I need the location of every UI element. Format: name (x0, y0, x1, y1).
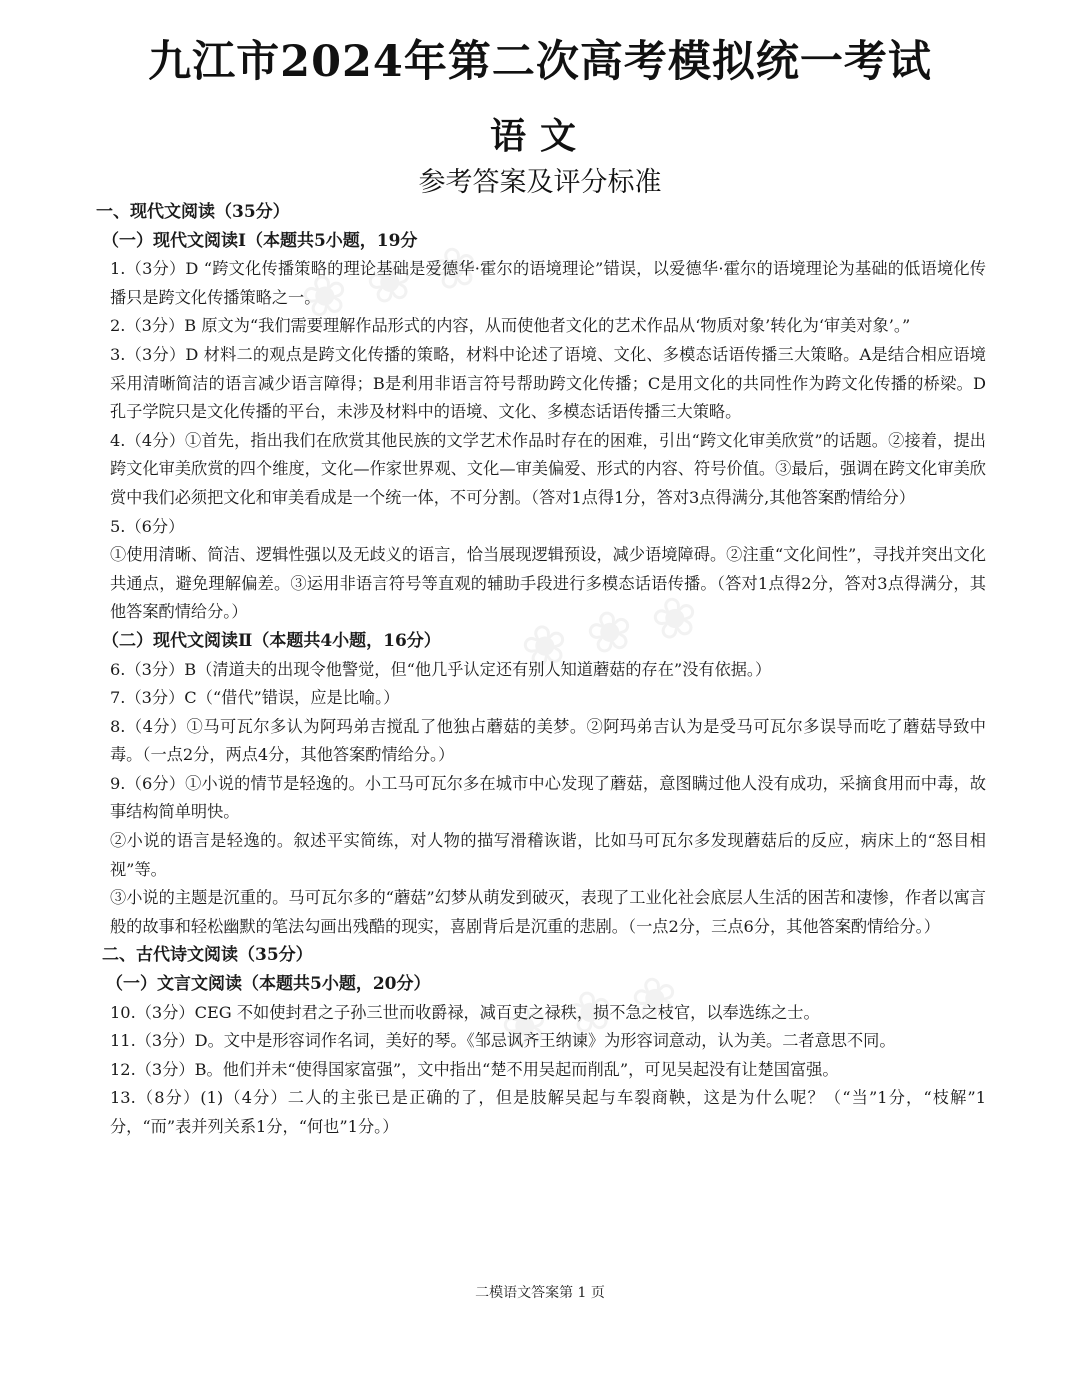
subsection-heading: （二）现代文阅读Ⅱ（本题共4小题，16分） (102, 627, 986, 656)
document-title: 九江市2024年第二次高考模拟统一考试 (0, 28, 1080, 89)
answer-item: 10.（3分）CEG 不如使封君之子孙三世而收爵禄，减百吏之禄秩，损不急之枝官，… (110, 999, 986, 1028)
answer-item: 1.（3分）D “跨文化传播策略的理论基础是爱德华·霍尔的语境理论”错误，以爱德… (110, 255, 986, 312)
answer-key-page: ❀ ❀ ❀ ❀ ❀ ❀ ❀ ❀ ❀ 九江市2024年第二次高考模拟统一考试 语文… (0, 0, 1080, 1383)
section-heading: 二、古代诗文阅读（35分） (102, 941, 986, 970)
answer-item: 12.（3分）B。他们并未“使得国家富强”，文中指出“楚不用吴起而削乱”，可见吴… (110, 1056, 986, 1085)
answer-item: 13.（8分）(1)（4分）二人的主张已是正确的了，但是肢解吴起与车裂商鞅，这是… (110, 1084, 986, 1141)
answer-item: 8.（4分）①马可瓦尔多认为阿玛弟吉搅乱了他独占蘑菇的美梦。②阿玛弟吉认为是受马… (110, 713, 986, 770)
page-footer: 二模语文答案第 1 页 (0, 1282, 1080, 1302)
answer-item: 6.（3分）B（清道夫的出现令他警觉，但“他几乎认定还有别人知道蘑菇的存在”没有… (110, 656, 986, 685)
answer-item: ②小说的语言是轻逸的。叙述平实简练，对人物的描写滑稽诙谐，比如马可瓦尔多发现蘑菇… (110, 827, 986, 884)
answer-item: ③小说的主题是沉重的。马可瓦尔多的“蘑菇”幻梦从萌发到破灭，表现了工业化社会底层… (110, 884, 986, 941)
answer-item: ①使用清晰、简洁、逻辑性强以及无歧义的语言，恰当展现逻辑预设，减少语境障碍。②注… (110, 541, 986, 627)
answer-item: 9.（6分）①小说的情节是轻逸的。小工马可瓦尔多在城市中心发现了蘑菇，意图瞒过他… (110, 770, 986, 827)
answer-item: 5.（6分） (110, 513, 986, 542)
section-heading: 一、现代文阅读（35分） (96, 198, 986, 227)
answer-item: 4.（4分）①首先，指出我们在欣赏其他民族的文学艺术作品时存在的困难，引出“跨文… (110, 427, 986, 513)
subject-title: 语文 (0, 108, 1080, 159)
page-number-label: 二模语文答案第 1 页 (475, 1285, 605, 1301)
subsection-heading: （一）现代文阅读Ⅰ（本题共5小题，19分 (102, 227, 986, 256)
answer-item: 11.（3分）D。文中是形容词作名词，美好的琴。《邹忌讽齐王纳谏》为形容词意动，… (110, 1027, 986, 1056)
answer-item: 7.（3分）C（“借代”错误，应是比喻。） (110, 684, 986, 713)
document-subtitle: 参考答案及评分标准 (0, 160, 1080, 199)
subsection-heading: （一）文言文阅读（本题共5小题，20分） (106, 970, 986, 999)
answer-item: 2.（3分）B 原文为“我们需要理解作品形式的内容，从而使他者文化的艺术作品从‘… (110, 312, 986, 341)
answer-item: 3.（3分）D 材料二的观点是跨文化传播的策略，材料中论述了语境、文化、多模态话… (110, 341, 986, 427)
answer-body: 一、现代文阅读（35分） （一）现代文阅读Ⅰ（本题共5小题，19分 1.（3分）… (96, 198, 986, 1142)
